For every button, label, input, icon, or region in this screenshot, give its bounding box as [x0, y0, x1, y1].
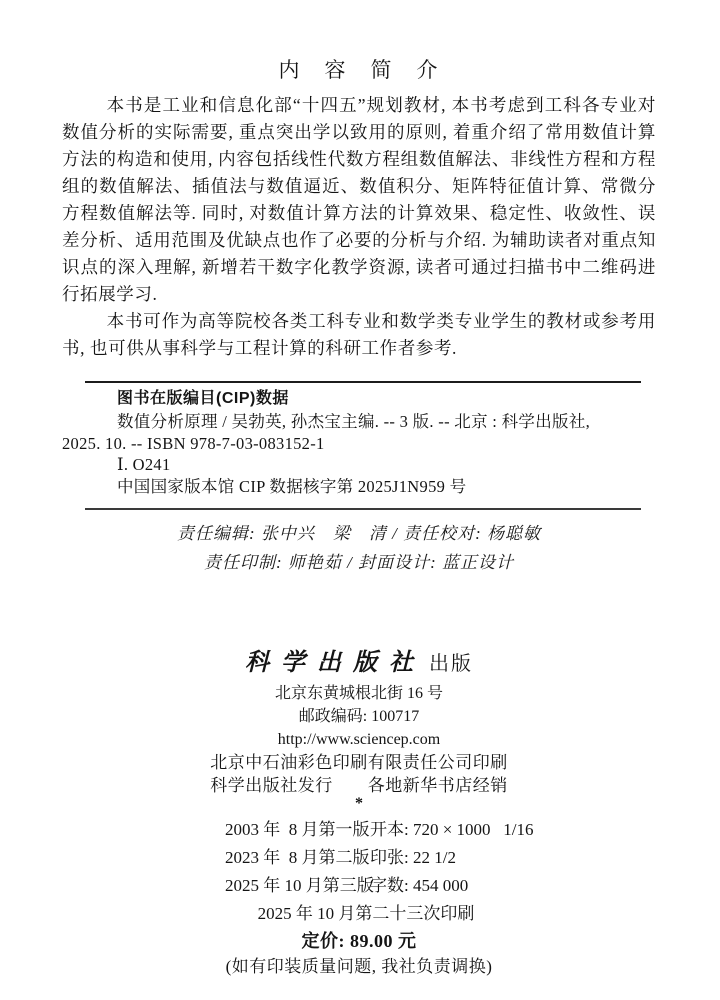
- quality-note: (如有印装质量问题, 我社负责调换): [62, 954, 656, 979]
- staff-line-editors: 责任编辑: 张中兴 梁 清 / 责任校对: 杨聪敏: [62, 519, 656, 548]
- publisher-logo-suffix: 出版: [429, 653, 473, 675]
- cip-heading: 图书在版编目(CIP)数据: [117, 388, 656, 409]
- intro-paragraph-1: 本书是工业和信息化部“十四五”规划教材, 本书考虑到工科各专业对数值分析的实际需…: [62, 92, 656, 308]
- edition-format: 开本: 720 × 1000 1/16: [370, 820, 534, 839]
- edition-row: 2025 年 10 月第三版字数: 454 000: [62, 872, 656, 900]
- intro-section: 本书是工业和信息化部“十四五”规划教材, 本书考虑到工科各专业对数值分析的实际需…: [62, 92, 656, 362]
- edition-date-first: 2003 年 8 月第一版: [225, 816, 370, 844]
- cip-line-title: 数值分析原理 / 吴勃英, 孙杰宝主编. -- 3 版. -- 北京 : 科学出…: [62, 411, 656, 433]
- intro-paragraph-2: 本书可作为高等院校各类工科专业和数学类专业学生的教材或参考用书, 也可供从事科学…: [62, 308, 656, 362]
- cip-line-record-number: 中国国家版本馆 CIP 数据核字第 2025J1N959 号: [62, 476, 656, 498]
- publisher-postcode: 邮政编码: 100717: [62, 705, 656, 728]
- intro-heading: 内 容 简 介: [62, 54, 656, 84]
- printing-run-line: 2025 年 10 月第二十三次印刷: [62, 900, 656, 928]
- price-line: 定价: 89.00 元: [62, 928, 656, 954]
- edition-section: 2003 年 8 月第一版开本: 720 × 1000 1/16 2023 年 …: [62, 816, 656, 979]
- publisher-url: http://www.sciencep.com: [62, 728, 656, 751]
- cip-rule-top: [85, 381, 641, 383]
- cip-line-isbn: 2025. 10. -- ISBN 978-7-03-083152-1: [62, 433, 656, 455]
- publisher-section: 科学出版社 出版 北京东黄城根北街 16 号 邮政编码: 100717 http…: [62, 647, 656, 811]
- publisher-address: 北京东黄城根北街 16 号: [62, 682, 656, 705]
- cip-line-classification: Ⅰ. O241: [62, 454, 656, 476]
- edition-date-third: 2025 年 10 月第三版: [225, 872, 370, 900]
- book-copyright-page: 内 容 简 介 本书是工业和信息化部“十四五”规划教材, 本书考虑到工科各专业对…: [0, 0, 720, 1000]
- cip-rule-bottom: [85, 508, 641, 510]
- cip-section: 图书在版编目(CIP)数据 数值分析原理 / 吴勃英, 孙杰宝主编. -- 3 …: [62, 388, 656, 497]
- edition-date-second: 2023 年 8 月第二版: [225, 844, 370, 872]
- separator-asterisk: *: [62, 797, 656, 811]
- publisher-logo: 科学出版社 出版: [62, 647, 656, 682]
- edition-word-count: 字数: 454 000: [370, 876, 468, 895]
- staff-line-printing: 责任印制: 师艳茹 / 封面设计: 蓝正设计: [62, 548, 656, 577]
- publisher-distribution: 科学出版社发行 各地新华书店经销: [62, 774, 656, 797]
- edition-sheets: 印张: 22 1/2: [370, 848, 456, 867]
- edition-row: 2023 年 8 月第二版印张: 22 1/2: [62, 844, 656, 872]
- edition-row: 2003 年 8 月第一版开本: 720 × 1000 1/16: [62, 816, 656, 844]
- publisher-printer: 北京中石油彩色印刷有限责任公司印刷: [62, 751, 656, 774]
- staff-section: 责任编辑: 张中兴 梁 清 / 责任校对: 杨聪敏 责任印制: 师艳茹 / 封面…: [62, 519, 656, 577]
- publisher-logo-script: 科学出版社: [245, 650, 425, 676]
